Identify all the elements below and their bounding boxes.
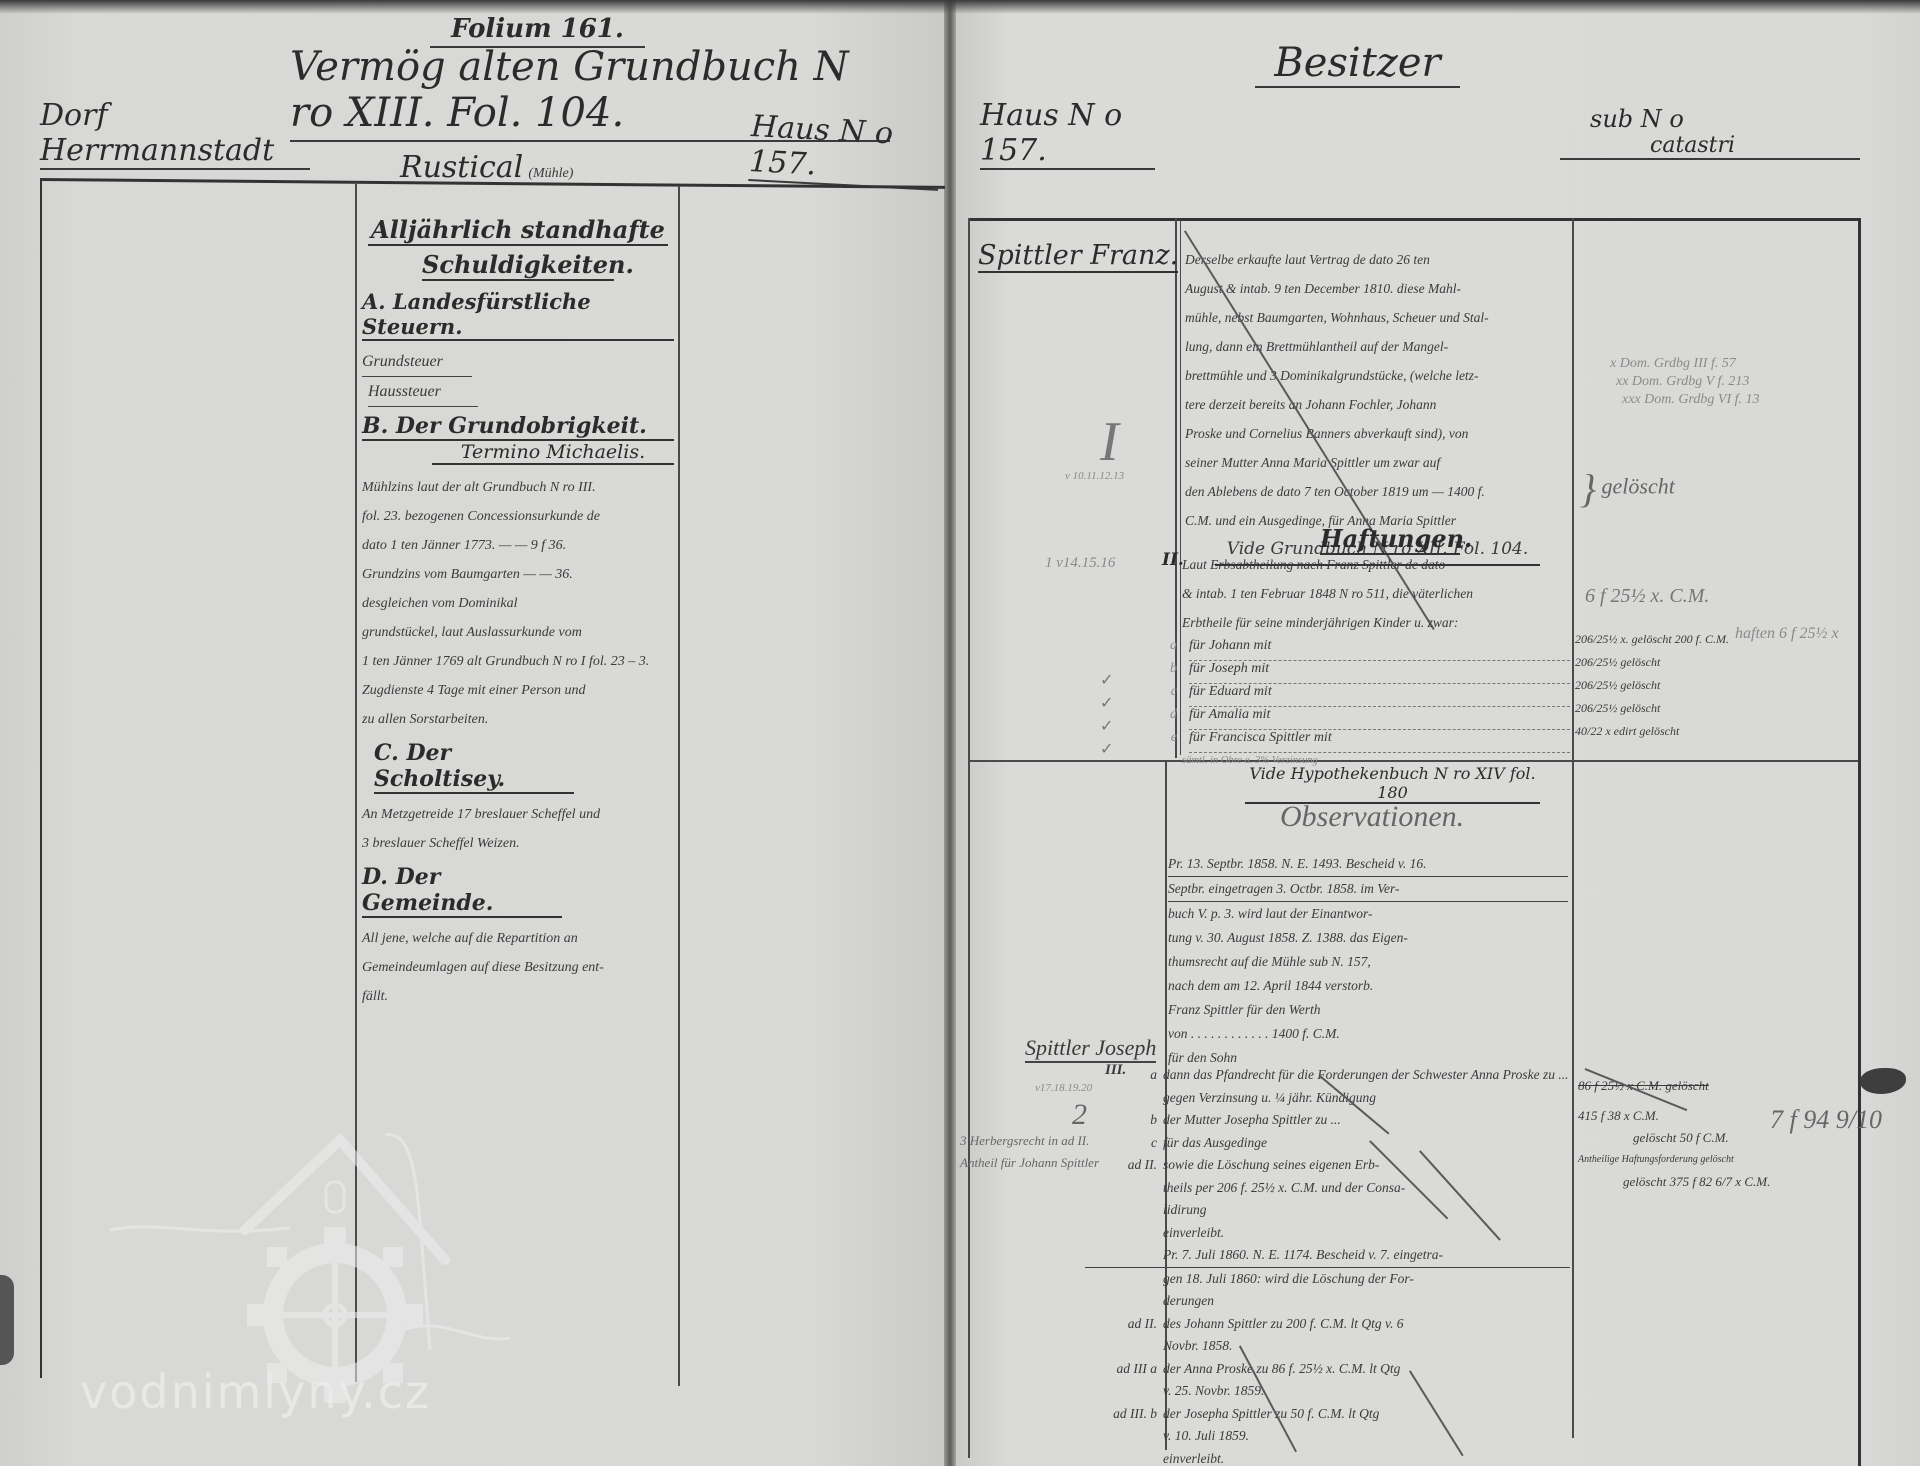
- owner-1-bracket-note: } gelöscht: [1580, 465, 1675, 512]
- right-table-column-2: [1572, 218, 1574, 1438]
- entry-text: gen 18. Juli 1860: wird die Löschung der…: [1163, 1268, 1570, 1291]
- entry-letter: a: [1085, 1064, 1163, 1087]
- observations-heading: Observationen.: [1280, 800, 1464, 834]
- owner-1-roman: I: [1100, 410, 1119, 474]
- bracket-note-text: gelöscht: [1602, 474, 1675, 499]
- heir-letter: d: [1145, 707, 1177, 730]
- heir-amounts: 206/25½ x. gelöscht 200 f. C.M. 206/25½ …: [1575, 628, 1775, 743]
- entry-letter: [1085, 1244, 1163, 1267]
- entry-letter: ad II.: [1085, 1313, 1163, 1336]
- entry-text: Pr. 7. Juli 1860. N. E. 1174. Bescheid v…: [1163, 1244, 1570, 1267]
- entry-row: cfür das Ausgedinge: [1085, 1132, 1570, 1155]
- text-line: 3 breslauer Scheffel Weizen.: [362, 829, 674, 858]
- owner-2-entries: adann das Pfandrecht für die Forderungen…: [1085, 1064, 1570, 1466]
- heir-amount: 206/25½ gelöscht: [1575, 697, 1775, 720]
- section-title-line-2: Schuldigkeiten.: [422, 250, 614, 281]
- check-icon: ✓: [1100, 691, 1113, 714]
- text-line: Gemeindeumlagen auf diese Besitzung ent-: [362, 953, 674, 982]
- entry-text: der Josepha Spittler zu 50 f. C.M. lt Qt…: [1163, 1403, 1570, 1426]
- entry-letter: ad II.: [1085, 1154, 1163, 1177]
- heir-letter: b: [1145, 661, 1177, 684]
- text-line: von . . . . . . . . . . . . 1400 f. C.M.: [1168, 1022, 1568, 1046]
- heir-row: d für Amalia mit: [1145, 707, 1570, 730]
- text-line: seiner Mutter Anna Maria Spittler um zwa…: [1185, 448, 1570, 477]
- entry-text: dann das Pfandrecht für die Forderungen …: [1163, 1064, 1570, 1087]
- text-line: 1 ten Jänner 1769 alt Grundbuch N ro I f…: [362, 647, 674, 676]
- liabilities-total-note: 6 f 25½ x. C.M.: [1585, 585, 1709, 608]
- section-a-item: Grundsteuer: [362, 347, 472, 377]
- owner-1-entry: Derselbe erkaufte laut Vertrag de dato 2…: [1185, 245, 1570, 566]
- owner-2-fraction-note: 7 f 94 9/10: [1770, 1105, 1882, 1135]
- section-b-subheading: Termino Michaelis.: [432, 441, 674, 465]
- entry-letter: [1085, 1268, 1163, 1291]
- entry-row: ad III ader Anna Proske zu 86 f. 25½ x. …: [1085, 1358, 1570, 1381]
- left-house-number: Haus N o 157.: [748, 109, 942, 191]
- heir-amount: 206/25½ gelöscht: [1575, 651, 1775, 674]
- pencil-note: xxx Dom. Grdbg VI f. 13: [1622, 391, 1760, 409]
- page-top-shadow: [0, 0, 1920, 14]
- heirs-list: a für Johann mit b für Joseph mit c für …: [1145, 638, 1570, 753]
- heir-letter: c: [1145, 684, 1177, 707]
- heir-text: für Amalia mit: [1189, 707, 1570, 730]
- right-table-divider: [968, 760, 1858, 762]
- entry-letter: [1085, 1222, 1163, 1245]
- pencil-note: xx Dom. Grdbg V f. 213: [1616, 373, 1760, 391]
- heir-amount: 40/22 x edirt gelöscht: [1575, 720, 1775, 743]
- text-line: All jene, welche auf die Repartition an: [362, 924, 674, 953]
- entry-row: theils per 206 f. 25½ x. C.M. und der Co…: [1085, 1177, 1570, 1200]
- text-line: grundstückel, laut Auslassurkunde vom: [362, 618, 674, 647]
- section-c-heading: C. Der Scholtisey.: [374, 740, 574, 794]
- village-name: Dorf Herrmannstadt: [40, 98, 310, 170]
- entry-letter: [1085, 1335, 1163, 1358]
- text-line: Pr. 13. Septbr. 1858. N. E. 1493. Besche…: [1168, 852, 1568, 877]
- section-title-line-1: Alljährlich standhafte: [368, 215, 668, 246]
- pencil-note: x Dom. Grdbg III f. 57: [1610, 355, 1760, 373]
- text-line: Septbr. eingetragen 3. Octbr. 1858. im V…: [1168, 877, 1568, 902]
- entry-row: Novbr. 1858.: [1085, 1335, 1570, 1358]
- entry-text: theils per 206 f. 25½ x. C.M. und der Co…: [1163, 1177, 1570, 1200]
- text-line: tere derzeit bereits an Johann Fochler, …: [1185, 390, 1570, 419]
- entry-text: der Anna Proske zu 86 f. 25½ x. C.M. lt …: [1163, 1358, 1570, 1381]
- owner-1-register-notes: x Dom. Grdbg III f. 57 xx Dom. Grdbg V f…: [1610, 355, 1760, 409]
- sub-no-label: sub N o: [1590, 105, 1684, 133]
- category-title: Rustical: [400, 150, 523, 185]
- entry-letter: [1085, 1290, 1163, 1313]
- heir-text: für Joseph mit: [1189, 661, 1570, 684]
- brace-icon: }: [1580, 466, 1596, 511]
- entry-row: ad III. bder Josepha Spittler zu 50 f. C…: [1085, 1403, 1570, 1426]
- right-table-left-border: [968, 218, 970, 1458]
- heir-text: für Johann mit: [1189, 638, 1570, 661]
- text-line: tung v. 30. August 1858. Z. 1388. das Ei…: [1168, 926, 1568, 950]
- section-d-heading: D. Der Gemeinde.: [362, 864, 562, 918]
- amount-note: gelöscht 375 f 82 6/7 x C.M.: [1623, 1171, 1858, 1193]
- owner-2-side-note: 3 Herbergsrecht in ad II. Antheil für Jo…: [960, 1130, 1100, 1174]
- liabilities-rest-note: haften 6 f 25½ x: [1735, 625, 1839, 643]
- owners-title: Besitzer: [1255, 40, 1460, 88]
- heir-row: b für Joseph mit: [1145, 661, 1570, 684]
- text-line: Mühlzins laut der alt Grundbuch N ro III…: [362, 473, 674, 502]
- entry-row: ad II.des Johann Spittler zu 200 f. C.M.…: [1085, 1313, 1570, 1336]
- category-label: Rustical (Mühle): [400, 150, 573, 185]
- text-line: brettmühle und 3 Dominikalgrundstücke, (…: [1185, 361, 1570, 390]
- section-b-body: Mühlzins laut der alt Grundbuch N ro III…: [362, 473, 674, 734]
- text-line: August & intab. 9 ten December 1810. die…: [1185, 274, 1570, 303]
- amount-note: Antheilige Haftungsforderung gelöscht: [1578, 1149, 1858, 1171]
- entry-row: bder Mutter Josepha Spittler zu ...: [1085, 1109, 1570, 1132]
- book-gutter: [944, 0, 956, 1466]
- heir-row: c für Eduard mit: [1145, 684, 1570, 707]
- folio-number: Folium 161.: [430, 14, 645, 48]
- heir-row: a für Johann mit: [1145, 638, 1570, 661]
- entry-text: der Mutter Josepha Spittler zu ...: [1163, 1109, 1570, 1132]
- entry-text: für das Ausgedinge: [1163, 1132, 1570, 1155]
- right-table-right-border: [1858, 218, 1861, 1466]
- entry-text: v. 10. Juli 1859.: [1163, 1425, 1570, 1448]
- entry-row: einverleibt.: [1085, 1222, 1570, 1245]
- entry-row: lidirung: [1085, 1199, 1570, 1222]
- check-icon: ✓: [1100, 714, 1113, 737]
- section-d-body: All jene, welche auf die Repartition an …: [362, 924, 674, 1011]
- owner-2-name: Spittler Joseph: [1025, 1035, 1156, 1063]
- owner-1-margin-note: v 10.11.12.13: [1065, 470, 1124, 482]
- entry-row: derungen: [1085, 1290, 1570, 1313]
- heir-amount: 206/25½ gelöscht: [1575, 674, 1775, 697]
- section-a-item: Haussteuer: [368, 377, 478, 407]
- section-a-heading: A. Landesfürstliche Steuern.: [362, 289, 674, 341]
- text-line: thumsrecht auf die Mühle sub N. 157,: [1168, 950, 1568, 974]
- catastri-label: catastri: [1650, 133, 1735, 158]
- text-line: Grundzins vom Baumgarten — — 36.: [362, 560, 674, 589]
- text-line: buch V. p. 3. wird laut der Einantwor-: [1168, 902, 1568, 926]
- entry-text: v. 25. Novbr. 1859.: [1163, 1380, 1570, 1403]
- text-line: dato 1 ten Jänner 1773. — — 9 f 36.: [362, 531, 674, 560]
- entry-row: gen 18. Juli 1860: wird die Löschung der…: [1085, 1268, 1570, 1291]
- entry-text: Novbr. 1858.: [1163, 1335, 1570, 1358]
- owner-1-name: Spittler Franz.: [978, 240, 1178, 273]
- entry-letter: [1085, 1425, 1163, 1448]
- text-line: Zugdienste 4 Tage mit einer Person und: [362, 676, 674, 705]
- entry-row: ad II.sowie die Löschung seines eigenen …: [1085, 1154, 1570, 1177]
- cadastral-number: sub N o catastri: [1560, 105, 1860, 160]
- entry-letter: [1085, 1380, 1163, 1403]
- entry-text: einverleibt.: [1163, 1222, 1570, 1245]
- text-line: den Ablebens de dato 7 ten October 1819 …: [1185, 477, 1570, 506]
- liabilities-entry: Laut Erbsabtheilung nach Franz Spittler …: [1182, 550, 1567, 637]
- entry-row: Pr. 7. Juli 1860. N. E. 1174. Bescheid v…: [1085, 1244, 1570, 1268]
- entry-letter: b: [1085, 1109, 1163, 1132]
- left-table-column-2: [678, 186, 680, 1386]
- entry-text: sowie die Löschung seines eigenen Erb-: [1163, 1154, 1570, 1177]
- entry-row: v. 10. Juli 1859.: [1085, 1425, 1570, 1448]
- entry-letter: [1085, 1448, 1163, 1466]
- entry-text: lidirung: [1163, 1199, 1570, 1222]
- section-c-body: An Metzgetreide 17 breslauer Scheffel un…: [362, 800, 674, 858]
- text-line: desgleichen vom Dominikal: [362, 589, 674, 618]
- text-line: zu allen Sorstarbeiten.: [362, 705, 674, 734]
- entry-text: derungen: [1163, 1290, 1570, 1313]
- heir-letter: a: [1145, 638, 1177, 661]
- entry-letter: ad III. b: [1085, 1403, 1163, 1426]
- liabilities-margin-note: 1 v14.15.16: [1045, 555, 1115, 572]
- entry-row: einverleibt.: [1085, 1448, 1570, 1466]
- amount-note: 86 f 25½ x C.M. gelöscht: [1578, 1075, 1858, 1097]
- entry-letter: [1085, 1199, 1163, 1222]
- heir-letter: e: [1145, 730, 1177, 753]
- text-line: Franz Spittler für den Werth: [1168, 998, 1568, 1022]
- owner-2-margin-note: v17.18.19.20: [1035, 1082, 1092, 1094]
- section-b-heading: B. Der Grundobrigkeit.: [362, 413, 674, 441]
- text-line: lung, dann ein Brettmühlantheil auf der …: [1185, 332, 1570, 361]
- obligations-column: Alljährlich standhafte Schuldigkeiten. A…: [362, 215, 674, 1011]
- heir-checkmarks: ✓✓✓✓: [1100, 645, 1113, 760]
- text-line: mühle, nebst Baumgarten, Wohnhaus, Scheu…: [1185, 303, 1570, 332]
- check-icon: ✓: [1100, 668, 1113, 691]
- entry-letter: [1085, 1087, 1163, 1110]
- thumb-shadow: [0, 1275, 14, 1365]
- check-icon: ✓: [1100, 737, 1113, 760]
- category-note: (Mühle): [528, 166, 573, 181]
- entry-letter: [1085, 1177, 1163, 1200]
- entry-text: einverleibt.: [1163, 1448, 1570, 1466]
- watermark-text: vodnimlyny.cz: [80, 1365, 431, 1419]
- entry-text: gegen Verzinsung u. ¼ jähr. Kündigung: [1163, 1087, 1570, 1110]
- heir-row: e für Francisca Spittler mit: [1145, 730, 1570, 753]
- text-line: Derselbe erkaufte laut Vertrag de dato 2…: [1185, 245, 1570, 274]
- left-table-left-border: [40, 178, 42, 1378]
- liabilities-vide-reference: Vide Hypothekenbuch N ro XIV fol. 180: [1245, 764, 1540, 804]
- text-line: fällt.: [362, 982, 674, 1011]
- liabilities-roman: II.: [1162, 550, 1184, 570]
- text-line: & intab. 1 ten Februar 1848 N ro 511, di…: [1182, 579, 1567, 608]
- heir-text: für Francisca Spittler mit: [1189, 730, 1570, 753]
- text-line: An Metzgetreide 17 breslauer Scheffel un…: [362, 800, 674, 829]
- text-line: Proske und Cornelius Banners abverkauft …: [1185, 419, 1570, 448]
- text-line: fol. 23. bezogenen Concessionsurkunde de: [362, 502, 674, 531]
- entry-row: gegen Verzinsung u. ¼ jähr. Kündigung: [1085, 1087, 1570, 1110]
- entry-letter: ad III a: [1085, 1358, 1163, 1381]
- entry-text: des Johann Spittler zu 200 f. C.M. lt Qt…: [1163, 1313, 1570, 1336]
- entry-row: v. 25. Novbr. 1859.: [1085, 1380, 1570, 1403]
- text-line: Erbtheile für seine minderjährigen Kinde…: [1182, 608, 1567, 637]
- entry-letter: c: [1085, 1132, 1163, 1155]
- right-house-number: Haus N o 157.: [980, 98, 1155, 170]
- text-line: Laut Erbsabtheilung nach Franz Spittler …: [1182, 550, 1567, 579]
- heir-text: für Eduard mit: [1189, 684, 1570, 707]
- observations-entry: Pr. 13. Septbr. 1858. N. E. 1493. Besche…: [1168, 852, 1568, 1070]
- right-table-top-border: [968, 218, 1858, 221]
- text-line: nach dem am 12. April 1844 verstorb.: [1168, 974, 1568, 998]
